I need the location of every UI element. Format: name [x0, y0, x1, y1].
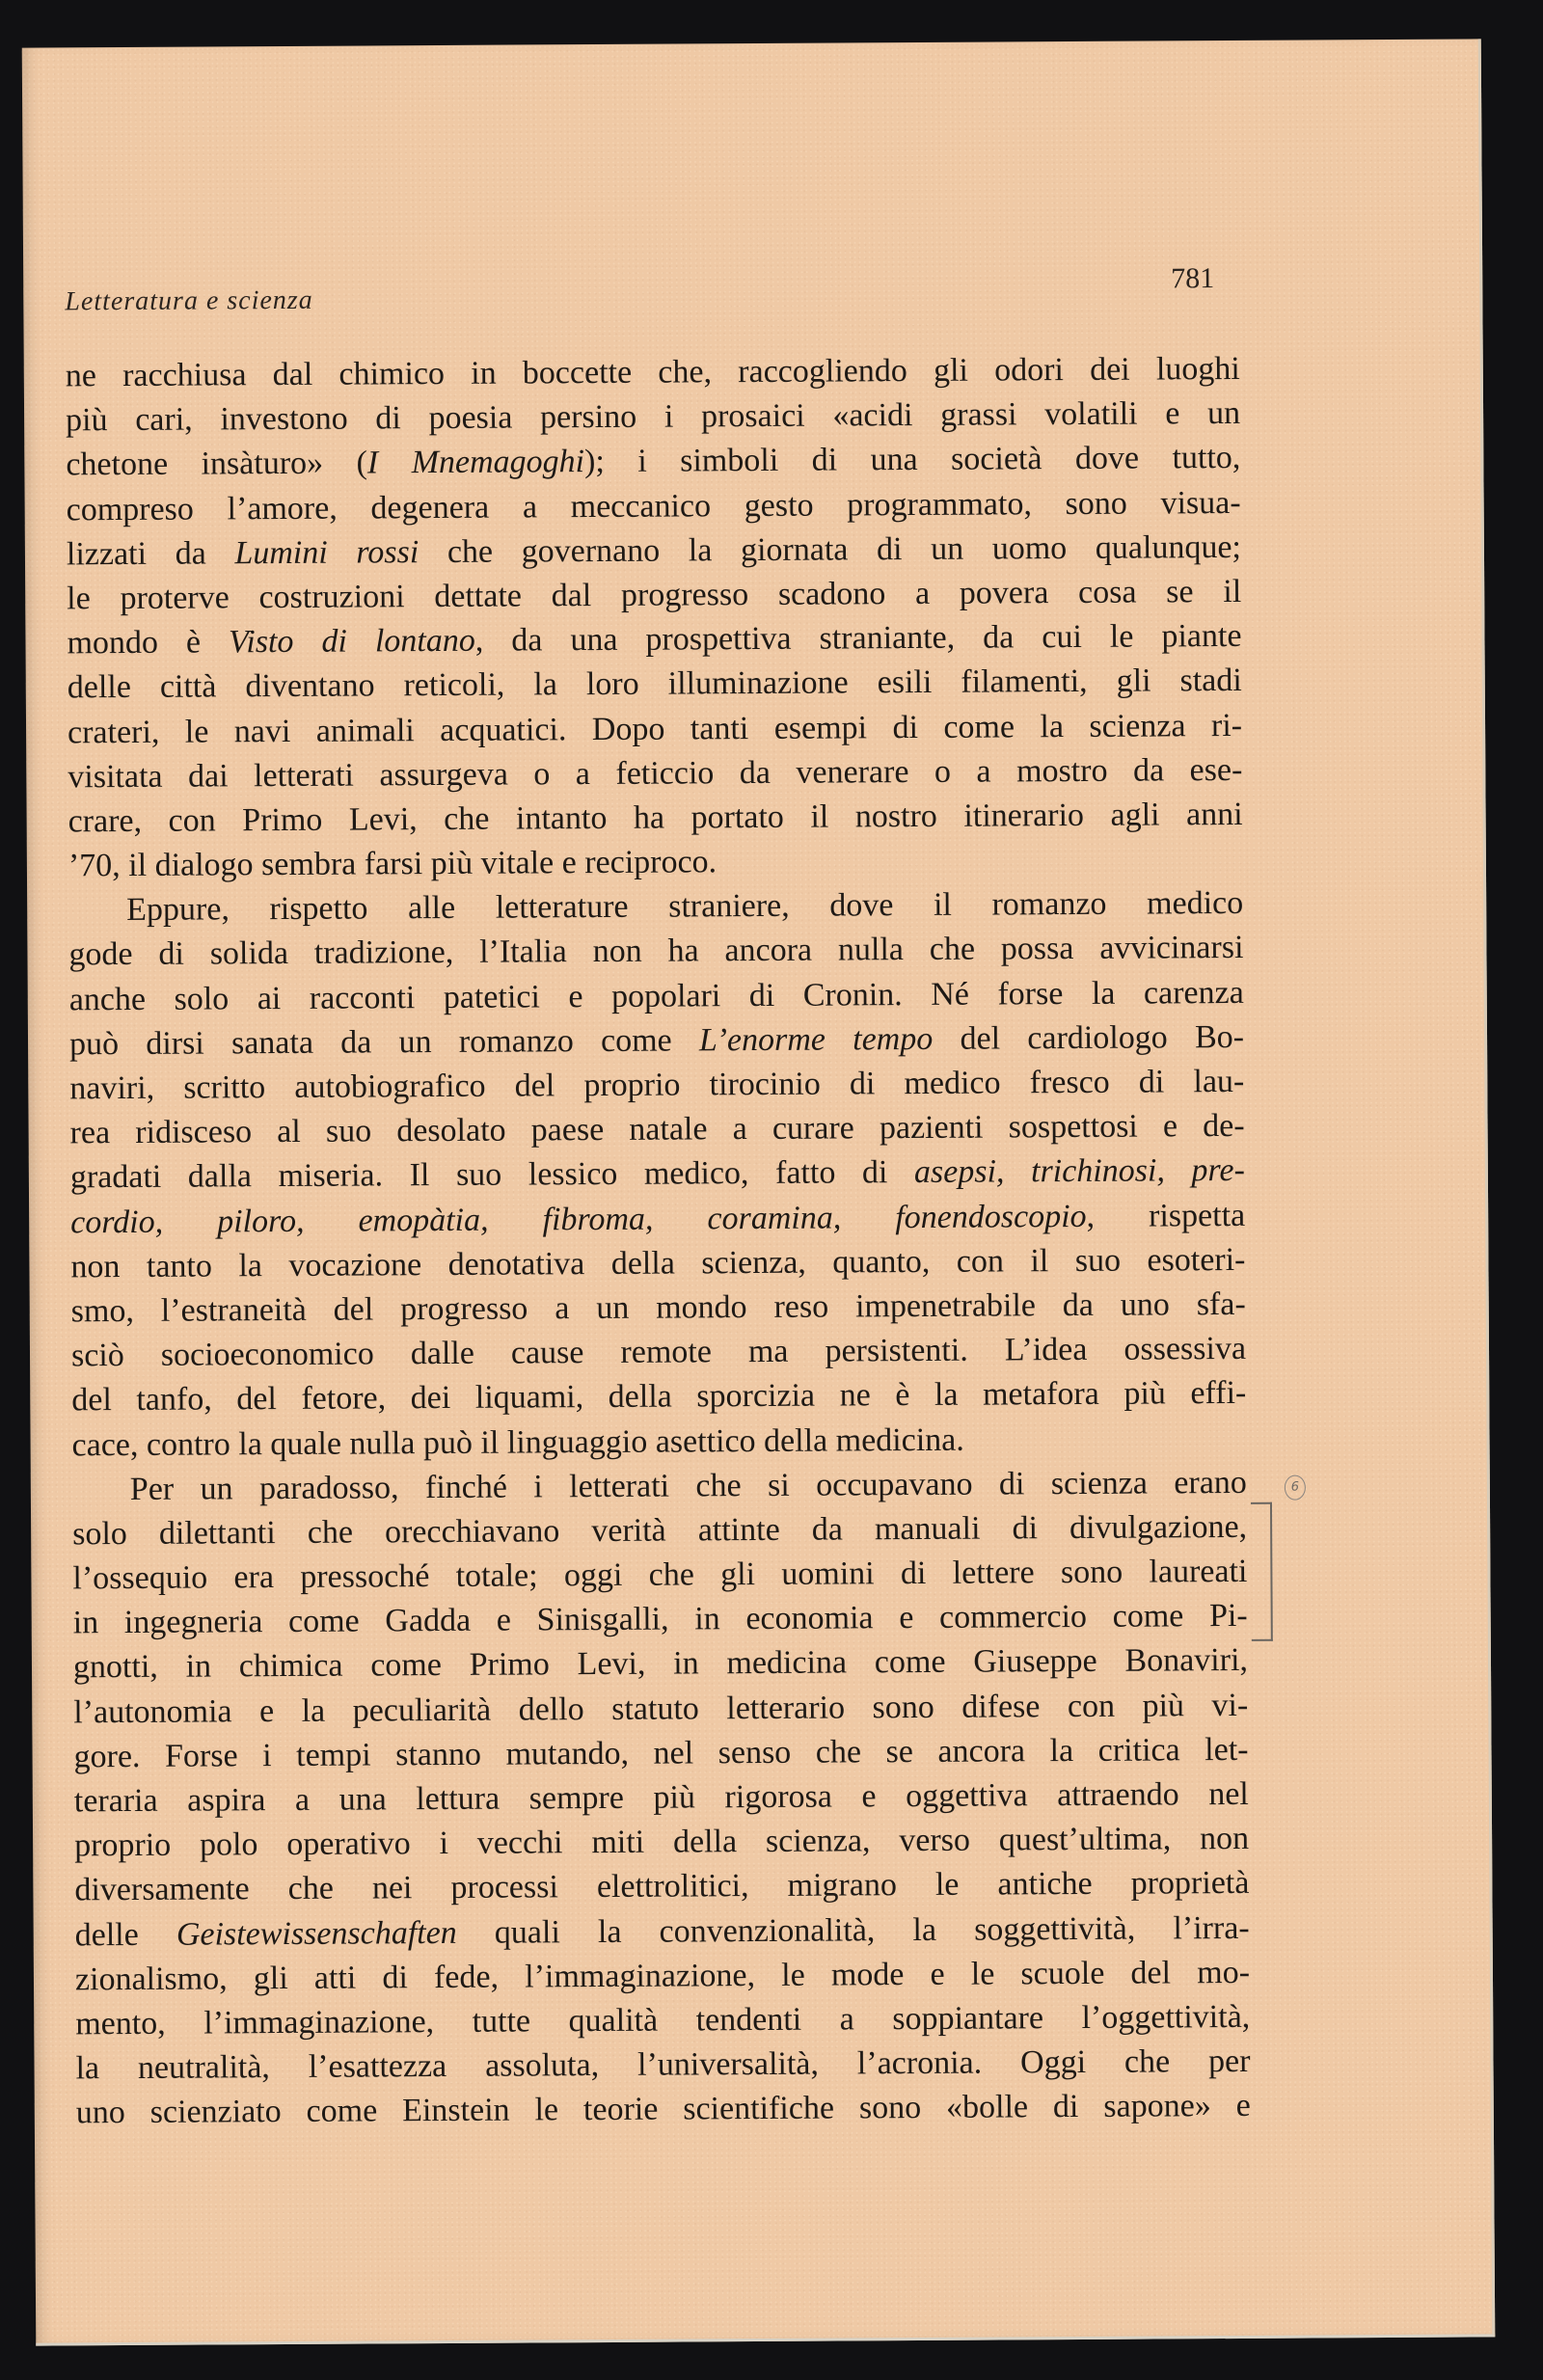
text-segment: Eppure, rispetto alle letterature strani…	[126, 885, 1243, 928]
text-segment: più cari, investono di poesia persino i …	[66, 395, 1240, 438]
text-line: crateri, le navi animali acquatici. Dopo…	[68, 703, 1242, 755]
text-line: gradati dalla miseria. Il suo lessico me…	[70, 1149, 1245, 1201]
body-text: ne racchiusa dal chimico in boccette che…	[66, 347, 1251, 2136]
text-segment: , rispetta	[1086, 1197, 1245, 1233]
text-line: diversamente che nei processi elettrolit…	[74, 1861, 1249, 1913]
handwritten-circled-number: 6	[1285, 1475, 1306, 1501]
text-segment: rea ridisceso al suo desolato paese nata…	[69, 1108, 1244, 1150]
text-segment: quali la convenzionalità, la soggettivit…	[457, 1909, 1250, 1950]
text-segment: , da una prospettiva straniante, da cui …	[475, 618, 1242, 659]
text-segment: del cardiologo Bo-	[933, 1019, 1244, 1057]
text-segment: non tanto la vocazione denotativa della …	[70, 1242, 1245, 1285]
text-segment: sciò socioeconomico dalle cause remote m…	[71, 1331, 1246, 1373]
text-segment: proprio polo operativo i vecchi miti del…	[74, 1821, 1249, 1863]
text-segment: delle città diventano reticoli, la loro …	[68, 663, 1242, 705]
text-segment: ne racchiusa dal chimico in boccette che…	[66, 351, 1240, 393]
text-segment: ’70, il dialogo sembra farsi più vitale …	[68, 844, 717, 883]
text-segment: compreso l’amore, degenera a meccanico g…	[67, 484, 1241, 527]
text-line: crare, con Primo Levi, che intanto ha po…	[68, 793, 1242, 845]
text-segment: crateri, le navi animali acquatici. Dopo…	[68, 707, 1242, 749]
text-line: gnotti, in chimica come Primo Levi, in m…	[73, 1638, 1248, 1690]
text-segment: zionalismo, gli atti di fede, l’immagina…	[75, 1955, 1250, 1997]
scanned-page-background: Letteratura e scienza 781 ne racchiusa d…	[0, 0, 1543, 2380]
text-line: proprio polo operativo i vecchi miti del…	[74, 1817, 1249, 1869]
italic-title-text: Visto di lontano	[229, 623, 475, 661]
text-line: delle città diventano reticoli, la loro …	[68, 659, 1242, 711]
text-line: zionalismo, gli atti di fede, l’immagina…	[75, 1951, 1250, 2003]
text-segment: che governano la giornata di un uomo qua…	[419, 529, 1241, 570]
text-segment: in ingegneria come Gadda e Sinisgalli, i…	[73, 1598, 1248, 1640]
text-segment: mondo è	[67, 624, 229, 661]
text-line: sciò socioeconomico dalle cause remote m…	[71, 1327, 1246, 1379]
text-segment: le proterve costruzioni dettate dal prog…	[67, 574, 1241, 616]
text-line: teraria aspira a una lettura sempre più …	[74, 1772, 1249, 1825]
text-segment: ); i simboli di una società dove tutto,	[584, 440, 1241, 479]
text-line: Eppure, rispetto alle letterature strani…	[68, 881, 1243, 933]
text-segment: chetone insàturo» (	[66, 446, 367, 483]
italic-title-text: asepsi, trichinosi, pre-	[914, 1152, 1245, 1190]
text-segment: teraria aspira a una lettura sempre più …	[74, 1776, 1249, 1819]
text-segment: solo dilettanti che orecchiavano verità …	[72, 1509, 1247, 1552]
text-line: mento, l’immaginazione, tutte qualità te…	[75, 1995, 1250, 2047]
text-line: ’70, il dialogo sembra farsi più vitale …	[68, 837, 1243, 889]
text-line: delle Geistewissenschaften quali la conv…	[75, 1906, 1250, 1958]
book-page: Letteratura e scienza 781 ne racchiusa d…	[22, 39, 1496, 2345]
text-line: anche solo ai racconti patetici e popola…	[69, 971, 1244, 1023]
text-line: uno scienziato come Einstein le teorie s…	[76, 2084, 1251, 2136]
italic-title-text: I Mnemagoghi	[367, 444, 584, 480]
text-segment: la neutralità, l’esattezza assoluta, l’u…	[75, 2043, 1250, 2086]
text-line: naviri, scritto autobiografico del propr…	[69, 1060, 1244, 1112]
text-line: cordio, piloro, emopàtia, fibroma, coram…	[70, 1193, 1245, 1245]
text-line: più cari, investono di poesia persino i …	[66, 392, 1240, 444]
text-segment: smo, l’estraneità del progresso a un mon…	[71, 1286, 1246, 1329]
text-line: l’ossequio era pressoché totale; oggi ch…	[72, 1550, 1247, 1602]
text-line: compreso l’amore, degenera a meccanico g…	[67, 480, 1241, 532]
text-segment: gnotti, in chimica come Primo Levi, in m…	[73, 1642, 1248, 1685]
text-line: cace, contro la quale nulla può il lingu…	[71, 1416, 1246, 1468]
italic-title-text: Geistewissenschaften	[176, 1914, 457, 1952]
page-number: 781	[1171, 262, 1214, 295]
text-segment: Per un paradosso, finché i letterati che…	[130, 1465, 1247, 1507]
text-segment: diversamente che nei processi elettrolit…	[74, 1865, 1249, 1907]
text-segment: mento, l’immaginazione, tutte qualità te…	[75, 1999, 1250, 2042]
text-line: solo dilettanti che orecchiavano verità …	[72, 1505, 1247, 1557]
text-line: rea ridisceso al suo desolato paese nata…	[69, 1104, 1244, 1156]
handwritten-bracket-mark	[1251, 1502, 1273, 1641]
text-segment: gradati dalla miseria. Il suo lessico me…	[70, 1154, 914, 1195]
text-line: chetone insàturo» (I Mnemagoghi); i simb…	[66, 436, 1240, 488]
text-segment: delle	[75, 1916, 176, 1953]
text-line: ne racchiusa dal chimico in boccette che…	[66, 347, 1240, 399]
text-line: del tanfo, del fetore, dei liquami, dell…	[71, 1371, 1246, 1423]
text-segment: gore. Forse i tempi stanno mutando, nel …	[73, 1732, 1248, 1774]
text-segment: crare, con Primo Levi, che intanto ha po…	[68, 797, 1243, 839]
text-line: la neutralità, l’esattezza assoluta, l’u…	[75, 2040, 1250, 2092]
text-segment: l’autonomia e la peculiarità dello statu…	[73, 1688, 1248, 1730]
text-segment: anche solo ai racconti patetici e popola…	[69, 975, 1244, 1017]
italic-title-text: L’enorme tempo	[699, 1021, 934, 1058]
text-line: lizzati da Lumini rossi che governano la…	[67, 526, 1241, 578]
text-segment: naviri, scritto autobiografico del propr…	[69, 1064, 1244, 1106]
text-line: smo, l’estraneità del progresso a un mon…	[71, 1283, 1246, 1335]
text-line: in ingegneria come Gadda e Sinisgalli, i…	[73, 1594, 1248, 1646]
text-line: può dirsi sanata da un romanzo come L’en…	[69, 1015, 1244, 1068]
text-line: gode di solida tradizione, l’Italia non …	[68, 926, 1243, 978]
text-line: gore. Forse i tempi stanno mutando, nel …	[73, 1728, 1248, 1780]
text-segment: l’ossequio era pressoché totale; oggi ch…	[72, 1554, 1247, 1596]
text-line: non tanto la vocazione denotativa della …	[70, 1238, 1245, 1290]
italic-title-text: cordio, piloro, emopàtia, fibroma, coram…	[70, 1198, 1087, 1239]
italic-title-text: Lumini rossi	[234, 534, 419, 571]
text-segment: visitata dai letterati assurgeva o a fet…	[68, 752, 1242, 795]
text-line: l’autonomia e la peculiarità dello statu…	[73, 1684, 1248, 1736]
text-segment: cace, contro la quale nulla può il lingu…	[71, 1421, 963, 1463]
running-head: Letteratura e scienza	[65, 285, 313, 318]
text-segment: lizzati da	[67, 535, 235, 572]
text-segment: del tanfo, del fetore, dei liquami, dell…	[71, 1375, 1246, 1418]
text-line: mondo è Visto di lontano, da una prospet…	[67, 614, 1241, 666]
text-segment: uno scienziato come Einstein le teorie s…	[76, 2088, 1251, 2130]
text-line: le proterve costruzioni dettate dal prog…	[67, 570, 1241, 622]
text-segment: può dirsi sanata da un romanzo come	[69, 1022, 699, 1062]
text-line: Per un paradosso, finché i letterati che…	[72, 1461, 1247, 1513]
text-line: visitata dai letterati assurgeva o a fet…	[68, 748, 1242, 800]
text-segment: gode di solida tradizione, l’Italia non …	[68, 930, 1243, 972]
